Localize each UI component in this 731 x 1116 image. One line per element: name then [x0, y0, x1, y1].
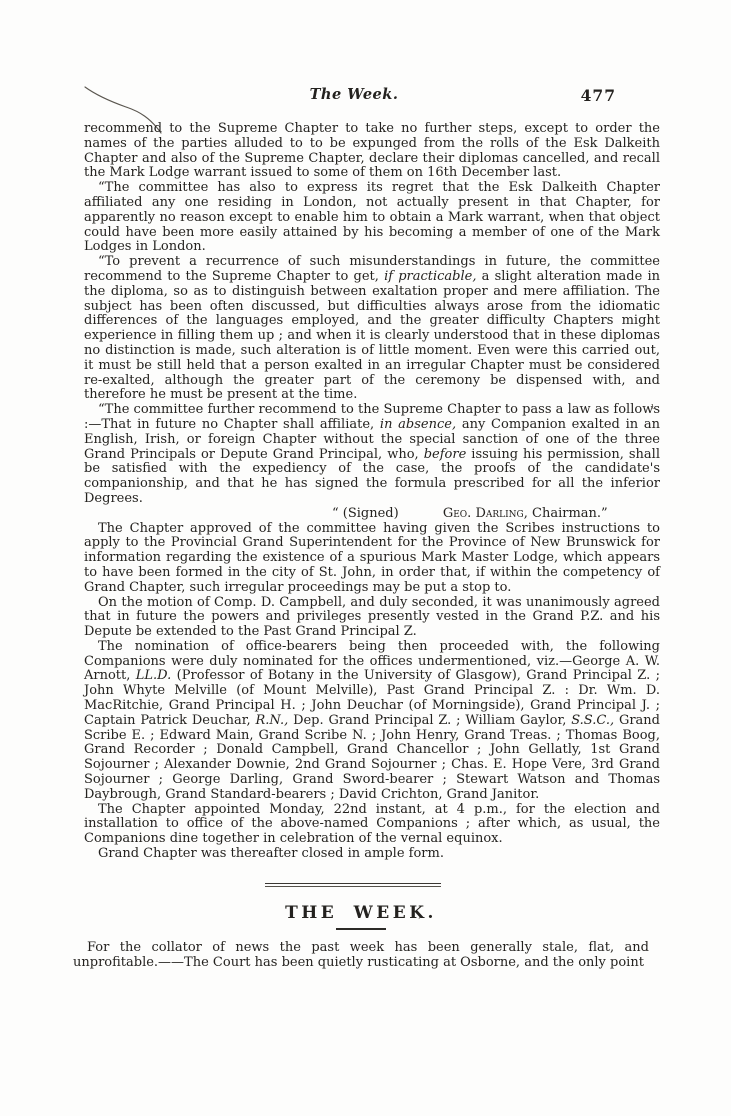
heading-rule [336, 928, 386, 931]
paragraph-6: On the motion of Comp. D. Campbell, and … [84, 596, 660, 640]
article-body: recommend to the Supreme Chapter to take… [84, 122, 660, 862]
chairman-name: Geo. Darling, [443, 506, 528, 521]
paragraph-2: “The committee has also to express its r… [84, 181, 660, 255]
journal-title: The Week. [66, 86, 642, 103]
paragraph-5: The Chapter approved of the committee ha… [84, 522, 660, 596]
section-the-week: THE WEEK. For the collator of news the p… [73, 903, 649, 971]
signature-line: “ (Signed) Geo. Darling, Chairman.” [84, 507, 660, 522]
scanned-page: The Week. 477 recommend to the Supreme C… [0, 0, 731, 1116]
paragraph-9: Grand Chapter was thereafter closed in a… [84, 847, 660, 862]
paragraph-7: The nomination of office-bearers being t… [84, 640, 660, 803]
signed-label: “ (Signed) [332, 506, 399, 521]
running-header: The Week. 477 [84, 86, 660, 106]
text-column: The Week. 477 recommend to the Supreme C… [84, 86, 660, 971]
paragraph-10: For the collator of news the past week h… [73, 941, 649, 971]
chairman-title: Chairman.” [532, 506, 608, 521]
section-heading: THE WEEK. [73, 903, 649, 923]
paragraph-8: The Chapter appointed Monday, 22nd insta… [84, 803, 660, 847]
paragraph-3: “To prevent a recurrence of such misunde… [84, 255, 660, 403]
page-number: 477 [581, 86, 616, 105]
ink-speck-artifact: ι [651, 403, 655, 412]
ink-speck-artifact: ’ [418, 916, 421, 925]
paragraph-1: recommend to the Supreme Chapter to take… [84, 122, 660, 181]
section-divider-rule [265, 883, 441, 887]
paragraph-4: “The committee further recommend to the … [84, 403, 660, 507]
section-body: For the collator of news the past week h… [73, 941, 649, 971]
